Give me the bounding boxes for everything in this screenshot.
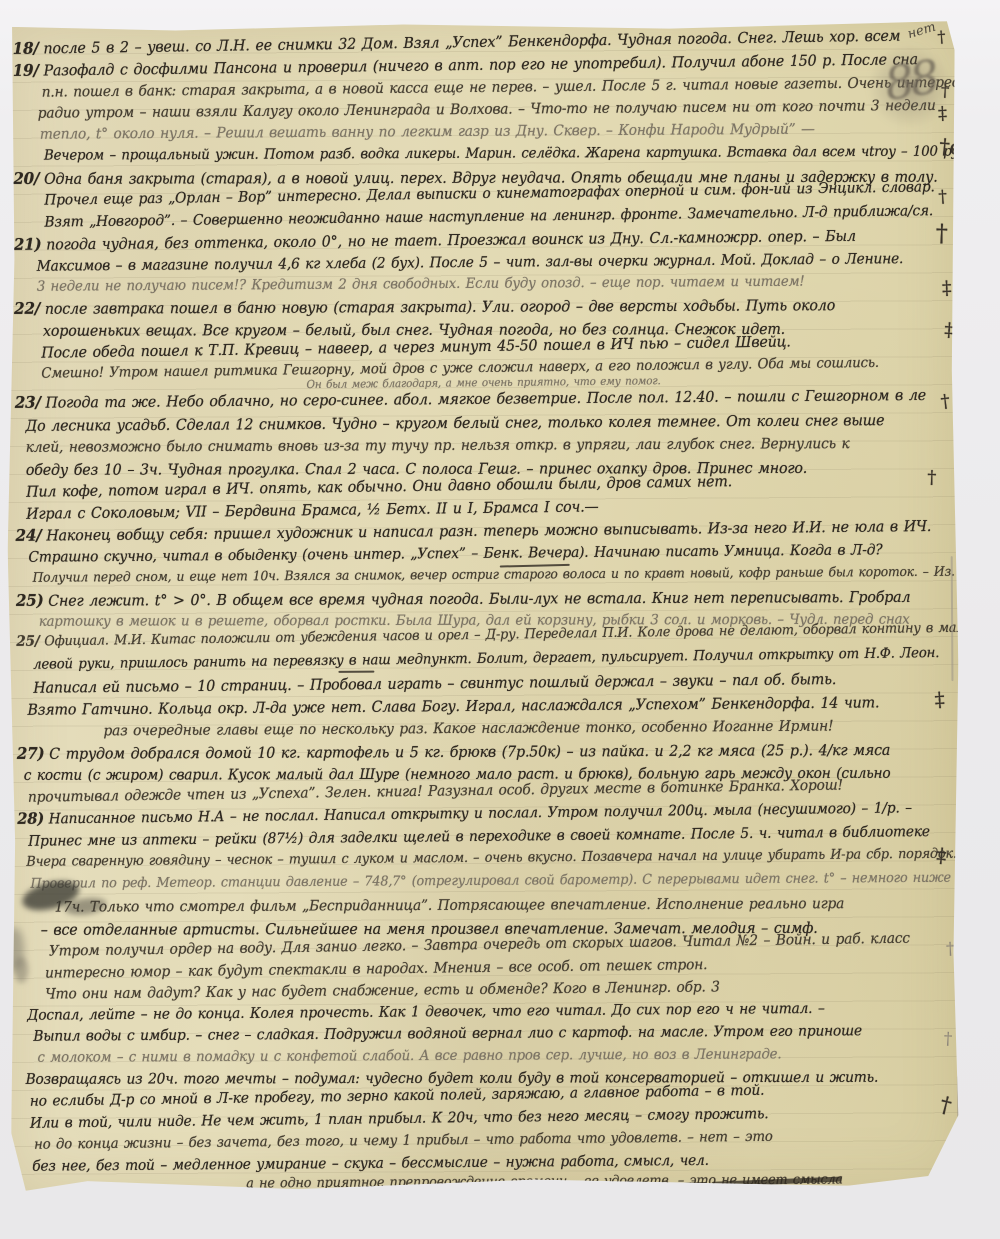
margin-cross-mark: ‡ — [934, 689, 945, 710]
manuscript-line: Что они нам дадут? Как у нас будет снабж… — [40, 977, 720, 1002]
margin-cross-mark: † — [940, 393, 951, 412]
entry-number: 25) — [16, 591, 44, 610]
line-text: С трудом добрался домой 10 кг. картофель… — [49, 741, 890, 763]
manuscript-line: 27)С трудом добрался домой 10 кг. картоф… — [17, 740, 890, 763]
ink-underline-mark — [338, 671, 374, 673]
line-text: Взято Гатчино. Кольца окр. Л-да уже нет.… — [27, 693, 879, 718]
line-text: Максимов – в магазине получил 4,6 кг хле… — [37, 251, 904, 275]
margin-cross-mark: † — [927, 469, 937, 487]
line-text: Работа 43 года – это не чушь. — [461, 1189, 675, 1206]
manuscript-line: До лесника усадьб. Сделал 12 снимков. Чу… — [21, 410, 885, 435]
margin-cross-mark: ‡ — [944, 321, 955, 341]
photographed-diary-page: { "manuscript": { "pencil_page_number": … — [0, 0, 1000, 1239]
manuscript-line: Взято Гатчино. Кольца окр. Л-да уже нет.… — [23, 692, 880, 718]
margin-cross-mark: † — [937, 29, 946, 46]
manuscript-line: радио утром – наши взяли Калугу около Ле… — [33, 96, 936, 122]
manuscript-line: Страшно скучно, читал в обыденку (очень … — [24, 540, 883, 565]
line-text: без нее, без той – медленное умирание – … — [32, 1153, 709, 1175]
line-text: Играл с Соколовым; VII – Бердвина Брамса… — [26, 497, 599, 522]
manuscript-line: Написал ей письмо – 10 страниц. – Пробов… — [28, 669, 836, 697]
line-text: Что они нам дадут? Как у нас будет снабж… — [45, 979, 720, 1002]
entry-number: 20/ — [13, 169, 39, 188]
line-text: Выпил воды с имбир. – снег – сладкая. По… — [33, 1023, 862, 1044]
line-text: Проверил по реф. Метеор. станции давлени… — [30, 870, 974, 892]
ink-strike-mark — [622, 1182, 707, 1187]
manuscript-line: 17ч. Только что смотрел фильм „Беспридан… — [50, 894, 844, 916]
manuscript-line: 25)Снег лежит. t° > 0°. В общем все врем… — [16, 587, 910, 610]
pencil-margin-line — [957, 1076, 960, 1186]
margin-cross-mark: † — [943, 1031, 952, 1048]
line-text: погода чудная, без оттенка, около 0°, но… — [46, 227, 856, 254]
manuscript-line: с молоком – с ними в помадку и с конфето… — [33, 1045, 782, 1065]
margin-cross-mark: † — [935, 221, 948, 245]
manuscript-line: 23/Погода та же. Небо облачно, но серо-с… — [15, 385, 926, 412]
manuscript-line: раз очередные главы еще по нескольку раз… — [99, 716, 834, 739]
margin-cross-mark: ‡ — [936, 845, 948, 866]
line-text: радио утром – наши взяли Калугу около Ле… — [38, 98, 936, 122]
manuscript-line: но до конца жизни – без зачета, без того… — [29, 1128, 773, 1153]
manuscript-line: Играл с Соколовым; VII – Бердвина Брамса… — [21, 496, 598, 522]
manuscript-line: тепло, t° около нуля. – Решил вешать ван… — [35, 120, 815, 143]
manuscript-line: Вечером – прощальный ужин. Потом разб. в… — [39, 142, 975, 163]
line-text: с молоком – с ними в помадку и с конфето… — [37, 1046, 781, 1065]
line-text: 3 недели не получаю писем!? Кредитизм 2 … — [37, 274, 805, 295]
manuscript-line: 21)погода чудная, без оттенка, около 0°,… — [14, 226, 856, 254]
manuscript-line: Или в той, чили ниде. Не чем жить, 1 пла… — [25, 1104, 768, 1132]
manuscript-line: клей, невозможно было снимать вновь из-з… — [21, 434, 850, 456]
line-text: клей, невозможно было снимать вновь из-з… — [26, 436, 850, 456]
line-text: Страшно скучно, читал в обыденку (очень … — [28, 542, 882, 565]
line-text: Снег лежит. t° > 0°. В общем все время ч… — [48, 588, 910, 610]
line-text: тепло, t° около нуля. – Решил вешать ван… — [40, 122, 815, 143]
line-text: Написал ей письмо – 10 страниц. – Пробов… — [33, 670, 836, 697]
manuscript-line: 3 недели не получаю писем!? Кредитизм 2 … — [32, 273, 805, 295]
line-text: Получил перед сном, и еще нет 10ч. Взялс… — [33, 565, 971, 586]
entry-number: 18/ — [13, 38, 39, 57]
ink-smudge — [14, 957, 28, 983]
entry-number: 23/ — [15, 393, 41, 412]
pencil-corner-note: нет — [906, 20, 938, 42]
manuscript-line: Выпил воды с имбир. – снег – сладкая. По… — [29, 1021, 862, 1045]
pencil-page-number: 88 — [881, 50, 940, 111]
entry-number: 27) — [17, 744, 45, 763]
entry-number: 28) — [17, 810, 44, 828]
margin-cross-mark: † — [938, 189, 947, 206]
line-text: Погода та же. Небо облачно, но серо-сине… — [45, 386, 926, 412]
line-text: после завтрака пошел в баню новую (стара… — [45, 296, 835, 318]
line-text: Или в той, чили ниде. Не чем жить, 1 пла… — [30, 1106, 769, 1132]
line-text: раз очередные главы еще по нескольку раз… — [103, 718, 833, 739]
manuscript-line: Вчера сваренную говядину – чеснок – туши… — [22, 846, 957, 870]
entry-number: 24/ — [16, 526, 42, 545]
entry-number: 25/ — [16, 634, 40, 650]
line-text: Вечером – прощальный ужин. Потом разб. в… — [44, 143, 975, 163]
margin-cross-mark: † — [946, 941, 955, 958]
line-text: Вчера сваренную говядину – чеснок – туши… — [26, 846, 957, 870]
manuscript-line: Максимов – в магазине получил 4,6 кг хле… — [32, 249, 903, 275]
entry-number: 21) — [14, 235, 42, 254]
line-text: 17ч. Только что смотрел фильм „Беспридан… — [55, 896, 845, 916]
manuscript-page: 18/после 5 в 2 – увеш. со Л.Н. ее снимки… — [4, 21, 961, 1191]
manuscript-line: Работа 43 года – это не чушь. — [457, 1189, 675, 1206]
handwriting-block: 18/после 5 в 2 – увеш. со Л.Н. ее снимки… — [4, 21, 954, 27]
line-text: но до конца жизни – без зачета, без того… — [34, 1129, 773, 1153]
manuscript-line: Проверил по реф. Метеор. станции давлени… — [26, 870, 975, 892]
entry-number: 22/ — [14, 299, 40, 318]
line-text: Доспал, лейте – не до конца. Колея проче… — [27, 1001, 825, 1024]
line-text: Принес мне из аптеки – рейки (87½) для з… — [28, 824, 930, 850]
margin-cross-mark: † — [938, 1094, 954, 1118]
entry-number: 19/ — [13, 61, 39, 80]
line-text: До лесника усадьб. Сделал 12 снимков. Чу… — [26, 411, 885, 435]
manuscript-line: Доспал, лейте – не до конца. Колея проче… — [22, 999, 824, 1024]
manuscript-line: Принес мне из аптеки – рейки (87½) для з… — [23, 822, 930, 850]
margin-cross-mark: ‡ — [942, 279, 952, 298]
margin-cross-mark: †o — [938, 136, 963, 159]
manuscript-line: без нее, без той – медленное умирание – … — [27, 1151, 709, 1175]
manuscript-line: 22/после завтрака пошел в баню новую (ст… — [14, 295, 835, 318]
